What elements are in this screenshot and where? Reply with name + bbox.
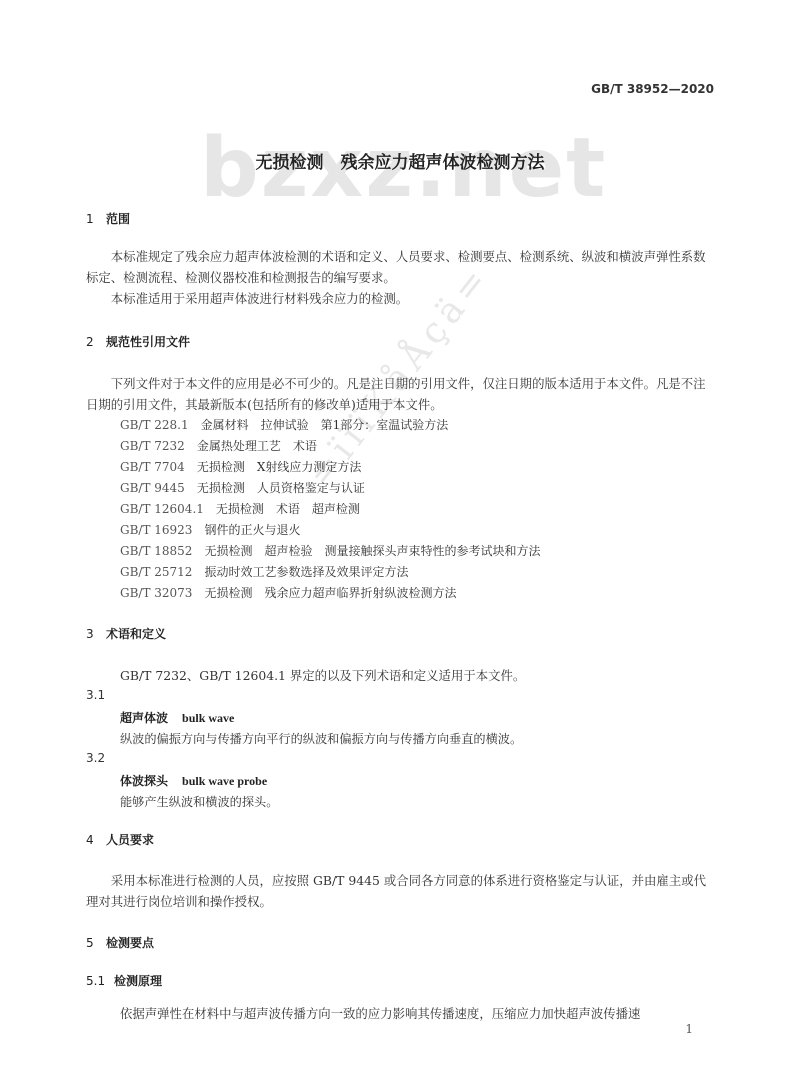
section-title: 术语和定义 (106, 627, 166, 641)
term-name: 超声体波bulk wave (120, 709, 234, 726)
reference-item: GB/T 12604.1无损检测 术语 超声检测 (120, 500, 360, 517)
section-number: 5.1 (86, 974, 114, 988)
page-number: 1 (685, 1022, 693, 1036)
section-number: 1 (86, 212, 106, 226)
section-number: 5 (86, 936, 106, 950)
reference-item: GB/T 9445无损检测 人员资格鉴定与认证 (120, 479, 365, 496)
section-5-1-heading: 5.1检测原理 (86, 972, 162, 989)
section-title: 检测要点 (106, 936, 154, 950)
standard-number: GB/T 38952—2020 (591, 82, 714, 96)
reference-item: GB/T 7704无损检测 X射线应力测定方法 (120, 458, 361, 475)
section-title: 范围 (106, 212, 130, 226)
section-number: 3 (86, 627, 106, 641)
section-title: 检测原理 (114, 974, 162, 988)
section-3-heading: 3术语和定义 (86, 625, 166, 642)
reference-item: GB/T 18852无损检测 超声检验 测量接触探头声束特性的参考试块和方法 (120, 542, 540, 559)
section-3-intro: GB/T 7232、GB/T 12604.1 界定的以及下列术语和定义适用于本文… (120, 666, 525, 684)
section-number: 4 (86, 833, 106, 847)
section-2-heading: 2规范性引用文件 (86, 333, 190, 350)
section-4-paragraph: 采用本标准进行检测的人员，应按照 GB/T 9445 或合同各方同意的体系进行资… (86, 870, 716, 912)
reference-item: GB/T 32073无损检测 残余应力超声临界折射纵波检测方法 (120, 584, 456, 601)
section-2-intro: 下列文件对于本文件的应用是必不可少的。凡是注日期的引用文件，仅注日期的版本适用于… (86, 373, 716, 415)
section-1-paragraph-1: 本标准规定了残余应力超声体波检测的术语和定义、人员要求、检测要点、检测系统、纵波… (86, 246, 716, 288)
section-title: 人员要求 (106, 833, 154, 847)
reference-item: GB/T 25712振动时效工艺参数选择及效果评定方法 (120, 563, 408, 580)
section-number: 2 (86, 335, 106, 349)
section-title: 规范性引用文件 (106, 335, 190, 349)
term-number: 3.1 (86, 688, 105, 702)
document-title: 无损检测 残余应力超声体波检测方法 (0, 148, 800, 173)
term-definition: 纵波的偏振方向与传播方向平行的纵波和偏振方向与传播方向垂直的横波。 (120, 730, 522, 747)
reference-item: GB/T 228.1金属材料 拉伸试验 第1部分：室温试验方法 (120, 416, 448, 433)
section-5-heading: 5检测要点 (86, 934, 154, 951)
term-definition: 能够产生纵波和横波的探头。 (120, 793, 278, 810)
section-5-1-paragraph: 依据声弹性在材料中与超声波传播方向一致的应力影响其传播速度，压缩应力加快超声波传… (120, 1004, 640, 1022)
term-name: 体波探头bulk wave probe (120, 772, 267, 789)
section-1-paragraph-2: 本标准适用于采用超声体波进行材料残余应力的检测。 (86, 288, 716, 309)
term-number: 3.2 (86, 751, 105, 765)
reference-item: GB/T 16923钢件的正火与退火 (120, 521, 300, 538)
section-4-heading: 4人员要求 (86, 831, 154, 848)
section-1-heading: 1范围 (86, 210, 130, 227)
reference-item: GB/T 7232金属热处理工艺 术语 (120, 437, 317, 454)
